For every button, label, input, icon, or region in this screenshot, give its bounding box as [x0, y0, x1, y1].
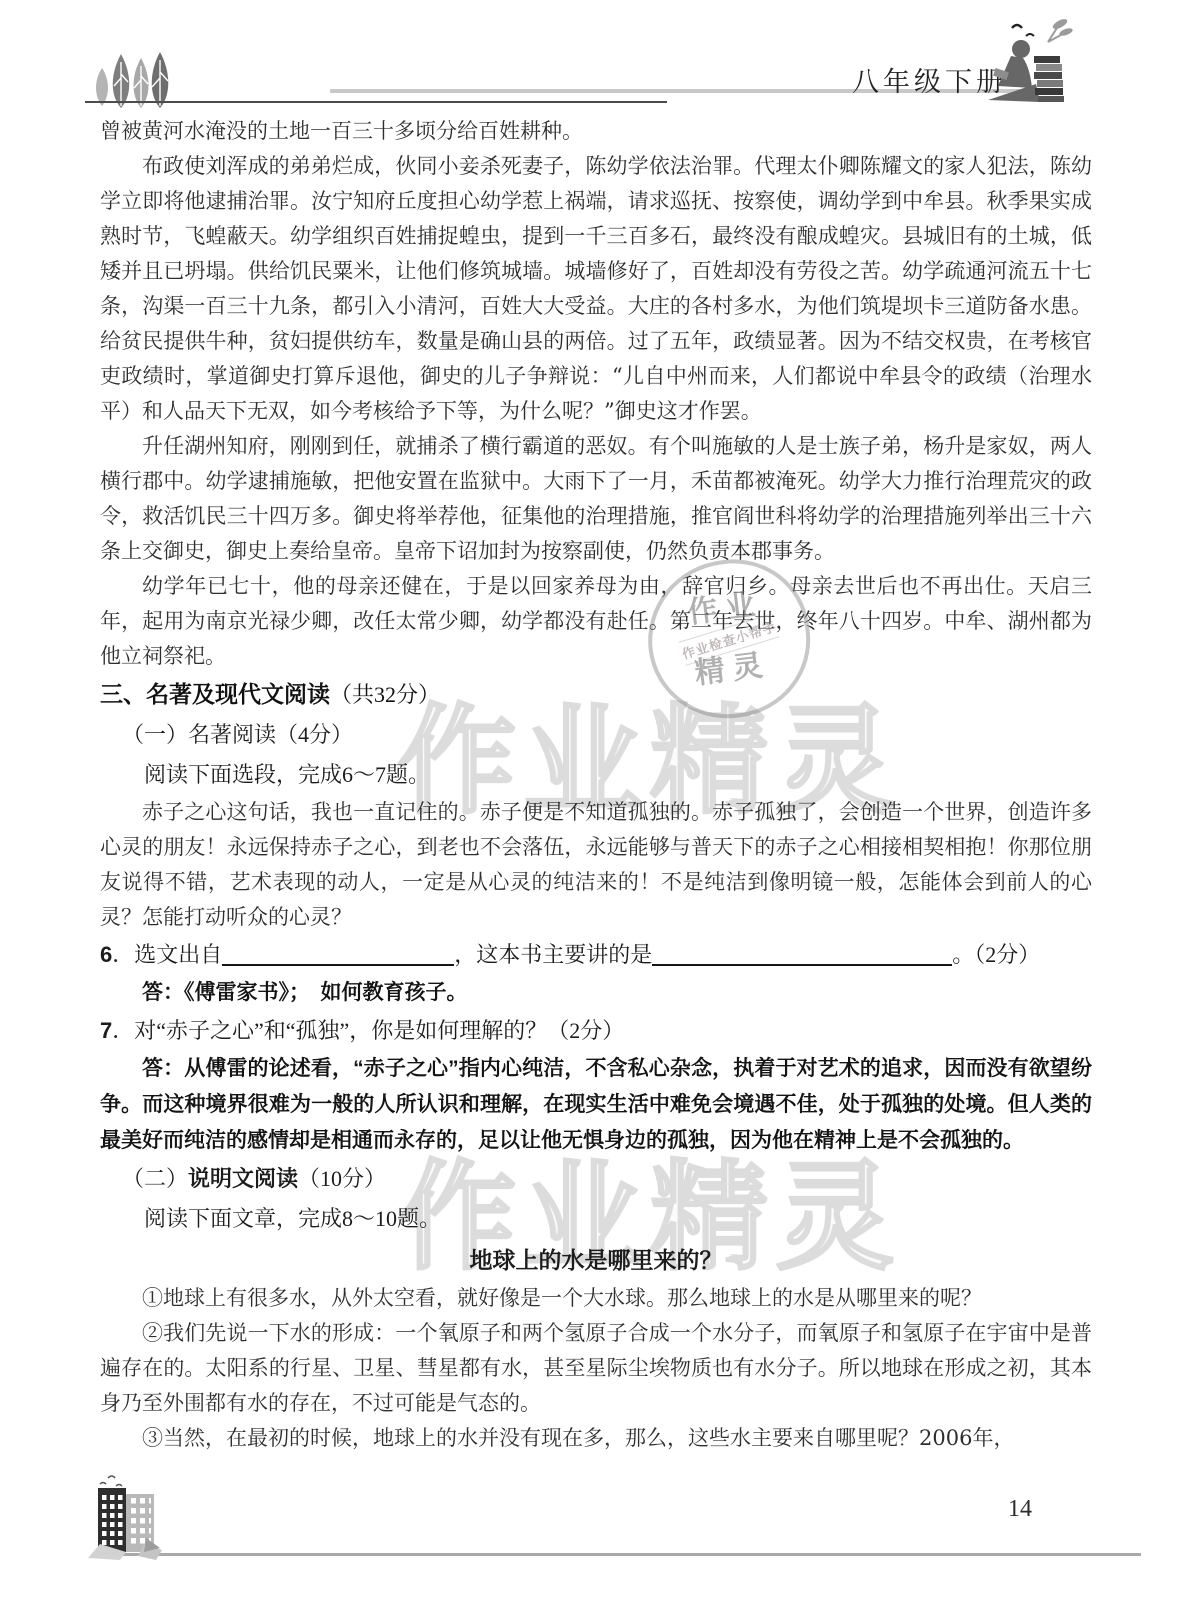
article-title: 地球上的水是哪里来的？ [100, 1239, 1092, 1281]
reading-person-icon [978, 16, 1078, 116]
section-three-heading: 三、名著及现代文阅读（共32分） [100, 674, 1092, 715]
part2-label-prefix: （二） [122, 1166, 188, 1191]
question-7-number: 7 [100, 1018, 112, 1043]
part2-label: （二）说明文阅读（10分） [100, 1159, 1092, 1199]
question-7-text: ．对“赤子之心”和“孤独”，你是如何理解的？（2分） [112, 1018, 624, 1043]
translation-paragraph: 幼学年已七十，他的母亲还健在，于是以回家养母为由，辞官归乡。母亲去世后也不再出仕… [100, 569, 1092, 674]
answer-blank-2 [652, 942, 952, 966]
section-heading-score: （共32分） [330, 682, 440, 707]
part2-label-bold: 说明文阅读 [188, 1166, 298, 1191]
question-6-text-1: ．选文出自 [112, 942, 222, 967]
question-6-text-3: 。（2分） [952, 942, 1040, 967]
question-7-answer: 答：从傅雷的论述看，“赤子之心”指内心纯洁，不含私心杂念，执着于对艺术的追求，因… [100, 1051, 1092, 1159]
question-6-answer: 答：《傅雷家书》； 如何教育孩子。 [100, 975, 1092, 1011]
answer-blank-1 [222, 942, 454, 966]
part1-label: （一）名著阅读（4分） [100, 715, 1092, 755]
workbook-page: 八年级下册 作业精灵 作业精灵 作业 作业检查小帮手 精灵 曾被黄河水淹没的土地… [0, 0, 1191, 1604]
translation-paragraph: 曾被黄河水淹没的土地一百三十多顷分给百姓耕种。 [100, 114, 1092, 149]
famous-book-passage: 赤子之心这句话，我也一直记住的。赤子便是不知道孤独的。赤子孤独了，会创造一个世界… [100, 795, 1092, 935]
header-rule-dark [85, 101, 667, 103]
part2-label-score: （10分） [298, 1166, 386, 1191]
page-number: 14 [1008, 1496, 1032, 1523]
question-6-text-2: ，这本书主要讲的是 [454, 942, 652, 967]
translation-paragraph: 布政使刘浑成的弟弟烂成，伙同小妾杀死妻子，陈幼学依法治罪。代理太仆卿陈耀文的家人… [100, 149, 1092, 429]
part2-instruction: 阅读下面文章，完成8～10题。 [100, 1199, 1092, 1239]
article-paragraph: ③当然，在最初的时候，地球上的水并没有现在多，那么，这些水主要来自哪里呢？200… [100, 1421, 1092, 1456]
question-7: 7．对“赤子之心”和“孤独”，你是如何理解的？（2分） [100, 1011, 1092, 1051]
translation-paragraph: 升任湖州知府，刚刚到任，就捕杀了横行霸道的恶奴。有个叫施敏的人是士族子弟，杨升是… [100, 429, 1092, 569]
building-icon [86, 1468, 196, 1560]
section-heading-text: 三、名著及现代文阅读 [100, 681, 330, 707]
article-paragraph: ②我们先说一下水的形成：一个氧原子和两个氢原子合成一个水分子，而氧原子和氢原子在… [100, 1316, 1092, 1421]
page-content: 曾被黄河水淹没的土地一百三十多顷分给百姓耕种。 布政使刘浑成的弟弟烂成，伙同小妾… [100, 114, 1092, 1456]
part1-instruction: 阅读下面选段，完成6～7题。 [100, 755, 1092, 795]
question-6-number: 6 [100, 942, 112, 967]
article-paragraph: ①地球上有很多水，从外太空看，就好像是一个大水球。那么地球上的水是从哪里来的呢？ [100, 1281, 1092, 1316]
footer-rule [95, 1553, 1141, 1556]
question-6: 6．选文出自，这本书主要讲的是。（2分） [100, 935, 1092, 975]
